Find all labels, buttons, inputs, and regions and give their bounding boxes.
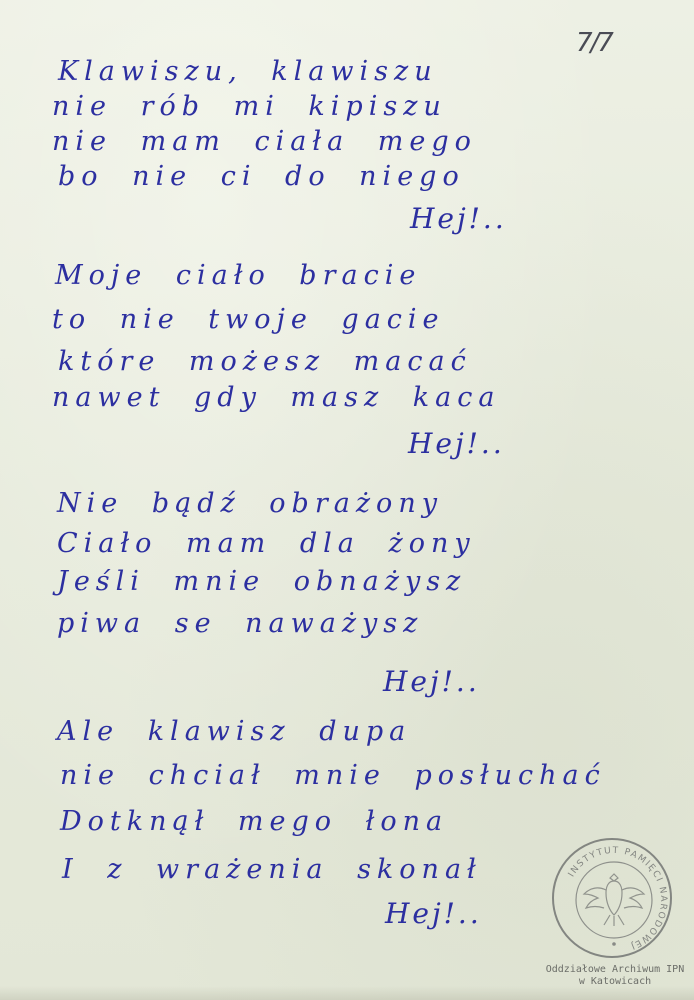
stanza-3-line-3: Jeśli mnie obnażysz [57,568,466,595]
stanza-3-refrain: Hej!.. [383,668,480,696]
stanza-4-refrain: Hej!.. [385,900,482,928]
stanza-4-line-4: I z wrażenia skonał [62,856,482,883]
stanza-1-line-1: Klawiszu, klawiszu [58,58,438,85]
stanza-3-line-4: piwa se naważysz [57,610,423,637]
archive-caption: Oddziałowe Archiwum IPN w Katowicach [540,964,690,988]
paper-sheet: 7/7 Klawiszu, klawiszu nie rób mi kipisz… [0,0,694,1000]
stanza-1-line-4: bo nie ci do niego [58,163,465,190]
stanza-1-refrain: Hej!.. [410,205,507,233]
stanza-4-line-3: Dotknął mego łona [60,808,448,835]
stanza-2-line-4: nawet gdy masz kaca [52,384,500,411]
stanza-1-line-2: nie rób mi kipiszu [52,93,447,120]
stanza-2-refrain: Hej!.. [408,430,505,458]
stanza-3-line-2: Ciało mam dla żony [57,530,476,557]
page-number: 7/7 [576,28,612,58]
archive-caption-line-2: w Katowicach [540,976,690,988]
stanza-2-line-3: które możesz macać [58,348,472,375]
stanza-4-line-2: nie chciał mnie posłuchać [60,762,606,789]
stanza-3-line-1: Nie bądź obrażony [57,490,443,517]
stanza-1-line-3: nie mam ciała mego [52,128,477,155]
eagle-emblem-icon [554,840,674,960]
ipn-archive-stamp: INSTYTUT PAMIĘCI NARODOWEJ [552,838,672,958]
stanza-2-line-1: Moje ciało bracie [55,262,421,289]
stanza-4-line-1: Ale klawisz dupa [57,718,411,745]
stanza-2-line-2: to nie twoje gacie [52,306,445,333]
archive-caption-line-1: Oddziałowe Archiwum IPN [540,964,690,976]
